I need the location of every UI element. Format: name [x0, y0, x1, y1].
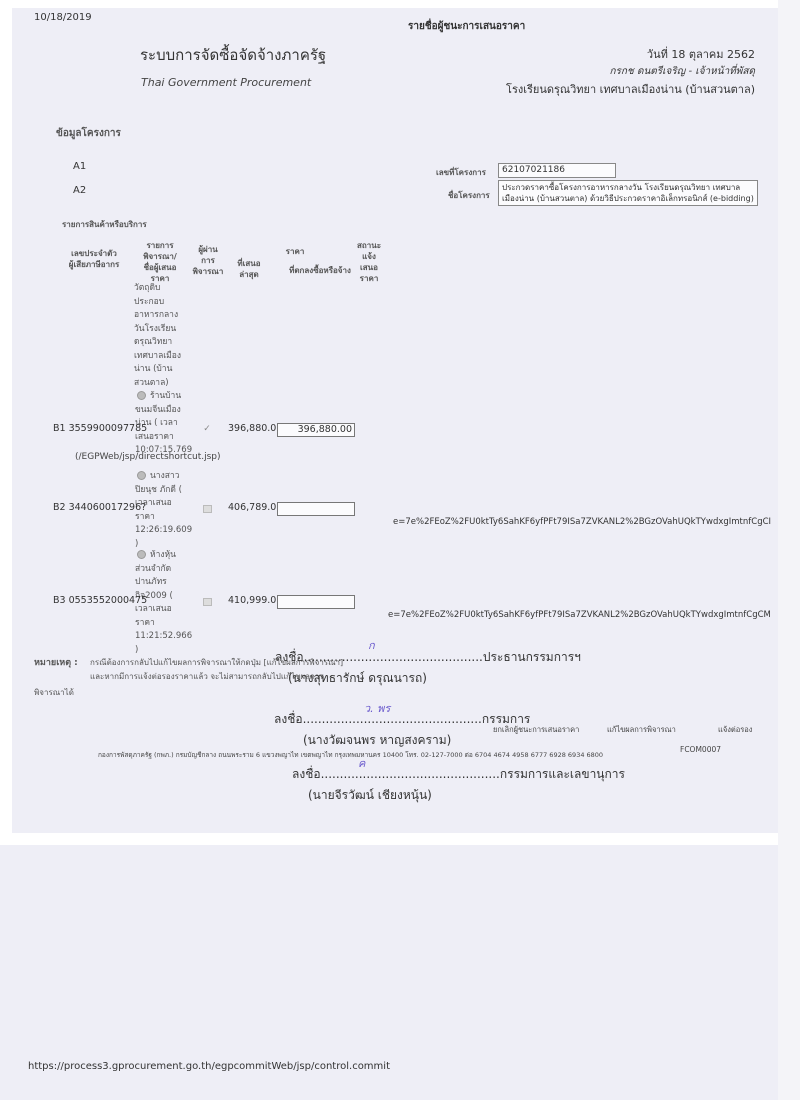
print-date: 10/18/2019 — [34, 12, 92, 23]
item-name: วัตถุดิบ ประกอบ อาหารกลาง วันโรงเรียน ดร… — [134, 282, 181, 390]
signature-name-chair: (นางสุทธารักษ์ ดรุณนารถ) — [288, 669, 427, 688]
items-section-title: รายการสินค้าหรือบริการ — [62, 218, 147, 231]
signature-scribble-member: ว. พร — [364, 699, 390, 717]
scan-left-edge — [0, 0, 12, 845]
token-b3: e=7e%2FEoZ%2FU0ktTy6SahKF6yfPFt79ISa7ZVK… — [388, 610, 771, 620]
tax-id-b2: B2 344060017296? — [53, 502, 146, 513]
footer-address: กองการพัสดุภาครัฐ (กพภ.) กรมบัญชีกลาง ถน… — [98, 750, 603, 760]
passed-checkbox-b3[interactable] — [203, 598, 212, 606]
col-latest-price: ที่เสนอ ล่าสุด — [226, 258, 272, 280]
remark-label: หมายเหตุ : — [34, 655, 78, 669]
a1-label: A1 — [73, 161, 86, 172]
project-no-field[interactable]: 62107021186 — [498, 163, 616, 178]
page-url: https://process3.gprocurement.go.th/egpc… — [28, 1061, 390, 1072]
form-code: FCOM0007 — [680, 745, 721, 754]
token-b2: e=7e%2FEoZ%2FU0ktTy6SahKF6yfPFt79ISa7ZVK… — [393, 517, 771, 527]
cancel-winner-button[interactable]: ยกเลิกผู้ชนะการเสนอราคา — [493, 724, 579, 736]
col-passed: ผู้ผ่าน การ พิจารณา — [188, 244, 228, 277]
col-price-group: ราคา — [270, 246, 320, 257]
signature-line-member: ลงชื่อ..................................… — [274, 710, 530, 729]
signature-line-chair: ลงชื่อ..................................… — [275, 648, 581, 667]
agreed-price-input-b1[interactable]: 396,880.00 — [277, 423, 355, 437]
tax-id-b3: B3 0553552000475 — [53, 595, 147, 606]
agreed-price-input-b2[interactable] — [277, 502, 355, 516]
project-name-label: ชื่อโครงการ — [448, 189, 490, 202]
tax-id-b1: B1 3559900097785 — [53, 423, 147, 434]
print-title: รายชื่อผู้ชนะการเสนอราคา — [408, 19, 525, 34]
officer-line: กรกช ดนตรีเจริญ - เจ้าหน้าที่พัสดุ — [610, 64, 756, 79]
project-no-label: เลขที่โครงการ — [436, 166, 486, 179]
signature-scribble-chair: ก — [368, 636, 375, 654]
a2-label: A2 — [73, 185, 86, 196]
date-line: วันที่ 18 ตุลาคม 2562 — [647, 45, 755, 63]
page-break-strip — [12, 833, 778, 845]
col-item-bidder: รายการ พิจารณา/ ชื่อผู้เสนอ ราคา — [132, 240, 188, 284]
scan-top-edge — [0, 0, 800, 8]
scan-right-edge — [778, 0, 800, 1100]
passed-checkbox-b2[interactable] — [203, 505, 212, 513]
passed-check-icon-b1[interactable]: ✓ — [203, 425, 211, 433]
signature-scribble-secretary: ค — [358, 754, 365, 772]
project-info-title: ข้อมูลโครงการ — [56, 126, 121, 141]
latest-price-b2: 406,789.00 — [228, 502, 282, 513]
remark-line3: พิจารณาได้ — [34, 686, 74, 699]
col-status: สถานะ แจ้ง เสนอ ราคา — [352, 240, 386, 284]
system-title-th: ระบบการจัดซื้อจัดจ้างภาครัฐ — [140, 43, 326, 67]
link-b1[interactable]: (/EGPWeb/jsp/directshortcut.jsp) — [75, 452, 221, 462]
col-tax-id: เลขประจำตัว ผู้เสียภาษีอากร — [58, 248, 130, 270]
signature-name-secretary: (นายจีรวัฒน์ เชียงหนุ้น) — [308, 786, 432, 805]
negotiate-button[interactable]: แจ้งต่อรอง — [718, 724, 752, 736]
agreed-price-input-b3[interactable] — [277, 595, 355, 609]
signature-line-secretary: ลงชื่อ..................................… — [292, 765, 625, 784]
latest-price-b1: 396,880.00 — [228, 423, 282, 434]
edit-result-button[interactable]: แก้ไขผลการพิจารณา — [607, 724, 676, 736]
project-name-field[interactable]: ประกวดราคาซื้อโครงการอาหารกลางวัน โรงเรี… — [498, 180, 758, 206]
agency-line: โรงเรียนดรุณวิทยา เทศบาลเมืองน่าน (บ้านส… — [506, 80, 755, 98]
latest-price-b3: 410,999.00 — [228, 595, 282, 606]
signature-name-member: (นางวัฒจนพร หาญสงคราม) — [303, 731, 451, 750]
system-title-en: Thai Government Procurement — [141, 76, 311, 89]
